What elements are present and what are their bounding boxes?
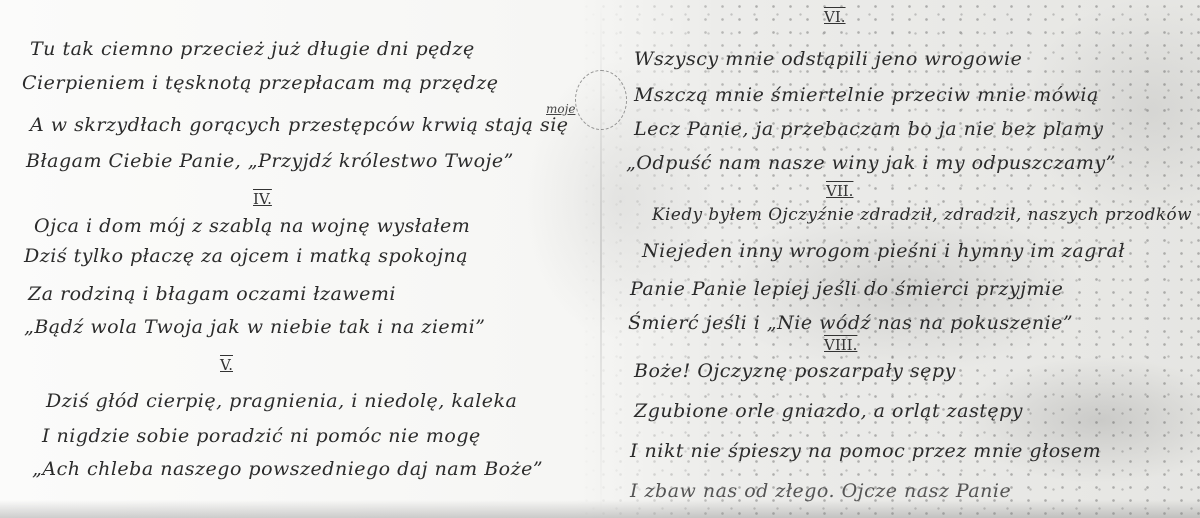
stanza-numeral: V. [220,356,233,374]
verse-line: Błagam Ciebie Panie, „Przyjdź królestwo … [26,150,514,172]
stanza-numeral: VI. [824,8,846,26]
verse-line: I nikt nie śpieszy na pomoc przez mnie g… [630,440,1101,462]
verse-line: Niejeden inny wrogom pieśni i hymny im z… [642,240,1125,262]
verse-line: „Ach chleba naszego powszedniego daj nam… [32,458,543,480]
verse-line: Lecz Panie, ja przebaczam bo ja nie bez … [634,118,1104,140]
verse-line: Kiedy byłem Ojczyźnie zdradził, zdradził… [652,205,1192,225]
verse-line: Cierpieniem i tęsknotą przepłacam mą prz… [22,72,498,94]
verse-line: A w skrzydłach gorących przestępców krwi… [30,114,569,136]
stanza-numeral: VII. [826,182,853,200]
stanza-numeral: VIII. [824,336,857,354]
verse-line: Śmierć jeśli i „Nie wódź nas na pokuszen… [628,312,1073,334]
verse-line: „Odpuść nam nasze winy jak i my odpuszcz… [626,152,1116,174]
verse-line: Boże! Ojczyznę poszarpały sępy [634,360,956,382]
verse-line: Za rodziną i błagam oczami łzawemi [28,283,396,305]
verse-line: Wszyscy mnie odstąpili jeno wrogowie [634,48,1022,70]
verse-line: I zbaw nas od złego. Ojcze nasz Panie [630,480,1011,502]
verse-line: Tu tak ciemno przecież już długie dni pę… [30,38,475,60]
verse-line: Dziś głód cierpię, pragnienia, i niedolę… [46,390,517,412]
correction-circle [575,70,627,130]
verse-line: Zgubione orle gniazdo, a orląt zastępy [634,400,1023,422]
verse-line: Mszczą mnie śmiertelnie przeciw mnie mów… [634,84,1099,106]
verse-line: Ojca i dom mój z szablą na wojnę wysłałe… [34,215,470,237]
verse-line: „Bądź wola Twoja jak w niebie tak i na z… [24,316,485,338]
verse-line: I nigdzie sobie poradzić ni pomóc nie mo… [42,425,481,447]
verse-line: Dziś tylko płaczę za ojcem i matką spoko… [24,245,468,267]
scan-edge-shadow [0,500,1200,518]
margin-correction: moje [546,102,575,116]
verse-line: Panie Panie lepiej jeśli do śmierci przy… [630,278,1063,300]
stanza-numeral: IV. [253,190,272,208]
